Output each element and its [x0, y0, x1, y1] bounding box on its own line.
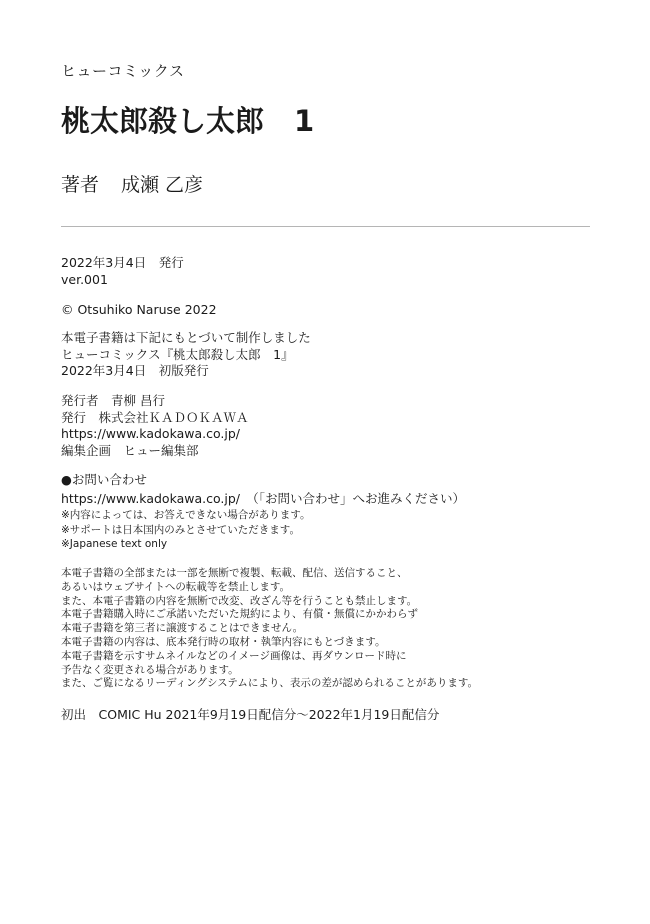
inquiry-section: ●お問い合わせ https://www.kadokawa.co.jp/ （「お問… — [61, 472, 465, 552]
inquiry-heading: ●お問い合わせ — [61, 472, 465, 489]
divider — [61, 226, 590, 227]
inquiry-note: ※サポートは日本国内のみとさせていただきます。 — [61, 523, 465, 538]
imprint-label: ヒューコミックス — [61, 61, 185, 81]
legal-notice: 本電子書籍の全部または一部を無断で複製、転載、配信、送信すること、 あるいはウェ… — [61, 567, 478, 691]
copyright-text: © Otsuhiko Naruse 2022 — [61, 302, 217, 319]
book-title: 桃太郎殺し太郎1 — [61, 101, 314, 141]
publisher-url[interactable]: https://www.kadokawa.co.jp/ — [61, 426, 249, 443]
legal-line: また、ご覧になるリーディングシステムにより、表示の差が認められることがあります。 — [61, 677, 478, 691]
inquiry-url[interactable]: https://www.kadokawa.co.jp/ （「お問い合わせ」へお進… — [61, 491, 465, 508]
author-line: 著者成瀬 乙彦 — [61, 171, 203, 199]
author-name: 成瀬 乙彦 — [121, 174, 203, 196]
legal-line: あるいはウェブサイトへの転載等を禁止します。 — [61, 581, 478, 595]
first-publication-text: 初出 COMIC Hu 2021年9月19日配信分～2022年1月19日配信分 — [61, 707, 439, 724]
legal-line: 本電子書籍購入時にご承諾いただいた規約により、有償・無償にかかわらず — [61, 608, 478, 622]
legal-line: 本電子書籍の全部または一部を無断で複製、転載、配信、送信すること、 — [61, 567, 478, 581]
author-label: 著者 — [61, 174, 99, 196]
source-line: 本電子書籍は下記にもとづいて制作しました — [61, 330, 311, 347]
volume-number: 1 — [294, 104, 314, 138]
first-publication: 初出 COMIC Hu 2021年9月19日配信分～2022年1月19日配信分 — [61, 707, 439, 724]
legal-line: 本電子書籍を示すサムネイルなどのイメージ画像は、再ダウンロード時に — [61, 650, 478, 664]
legal-line: 本電子書籍の内容は、底本発行時の取材・執筆内容にもとづきます。 — [61, 636, 478, 650]
inquiry-note: ※内容によっては、お答えできない場合があります。 — [61, 508, 465, 523]
editorial-dept: 編集企画 ヒュー編集部 — [61, 443, 249, 460]
legal-line: 本電子書籍を第三者に譲渡することはできません。 — [61, 622, 478, 636]
inquiry-note: ※Japanese text only — [61, 537, 465, 552]
source-line: ヒューコミックス『桃太郎殺し太郎 1』 — [61, 347, 311, 364]
copyright-notice: © Otsuhiko Naruse 2022 — [61, 302, 217, 319]
colophon-page: ヒューコミックス 桃太郎殺し太郎1 著者成瀬 乙彦 2022年3月4日 発行 v… — [0, 0, 650, 924]
source-line: 2022年3月4日 初版発行 — [61, 363, 311, 380]
source-info: 本電子書籍は下記にもとづいて制作しました ヒューコミックス『桃太郎殺し太郎 1』… — [61, 330, 311, 380]
release-date: 2022年3月4日 発行 — [61, 255, 184, 272]
version: ver.001 — [61, 272, 184, 289]
legal-line: また、本電子書籍の内容を無断で改変、改ざん等を行うことも禁止します。 — [61, 595, 478, 609]
publisher-company: 発行 株式会社ＫＡＤＯＫＡＷＡ — [61, 410, 249, 427]
release-info: 2022年3月4日 発行 ver.001 — [61, 255, 184, 288]
inquiry-notes: ※内容によっては、お答えできない場合があります。 ※サポートは日本国内のみとさせ… — [61, 508, 465, 552]
publisher-person: 発行者 青柳 昌行 — [61, 393, 249, 410]
title-text: 桃太郎殺し太郎 — [61, 104, 264, 138]
publisher-info: 発行者 青柳 昌行 発行 株式会社ＫＡＤＯＫＡＷＡ https://www.ka… — [61, 393, 249, 459]
legal-line: 予告なく変更される場合があります。 — [61, 664, 478, 678]
